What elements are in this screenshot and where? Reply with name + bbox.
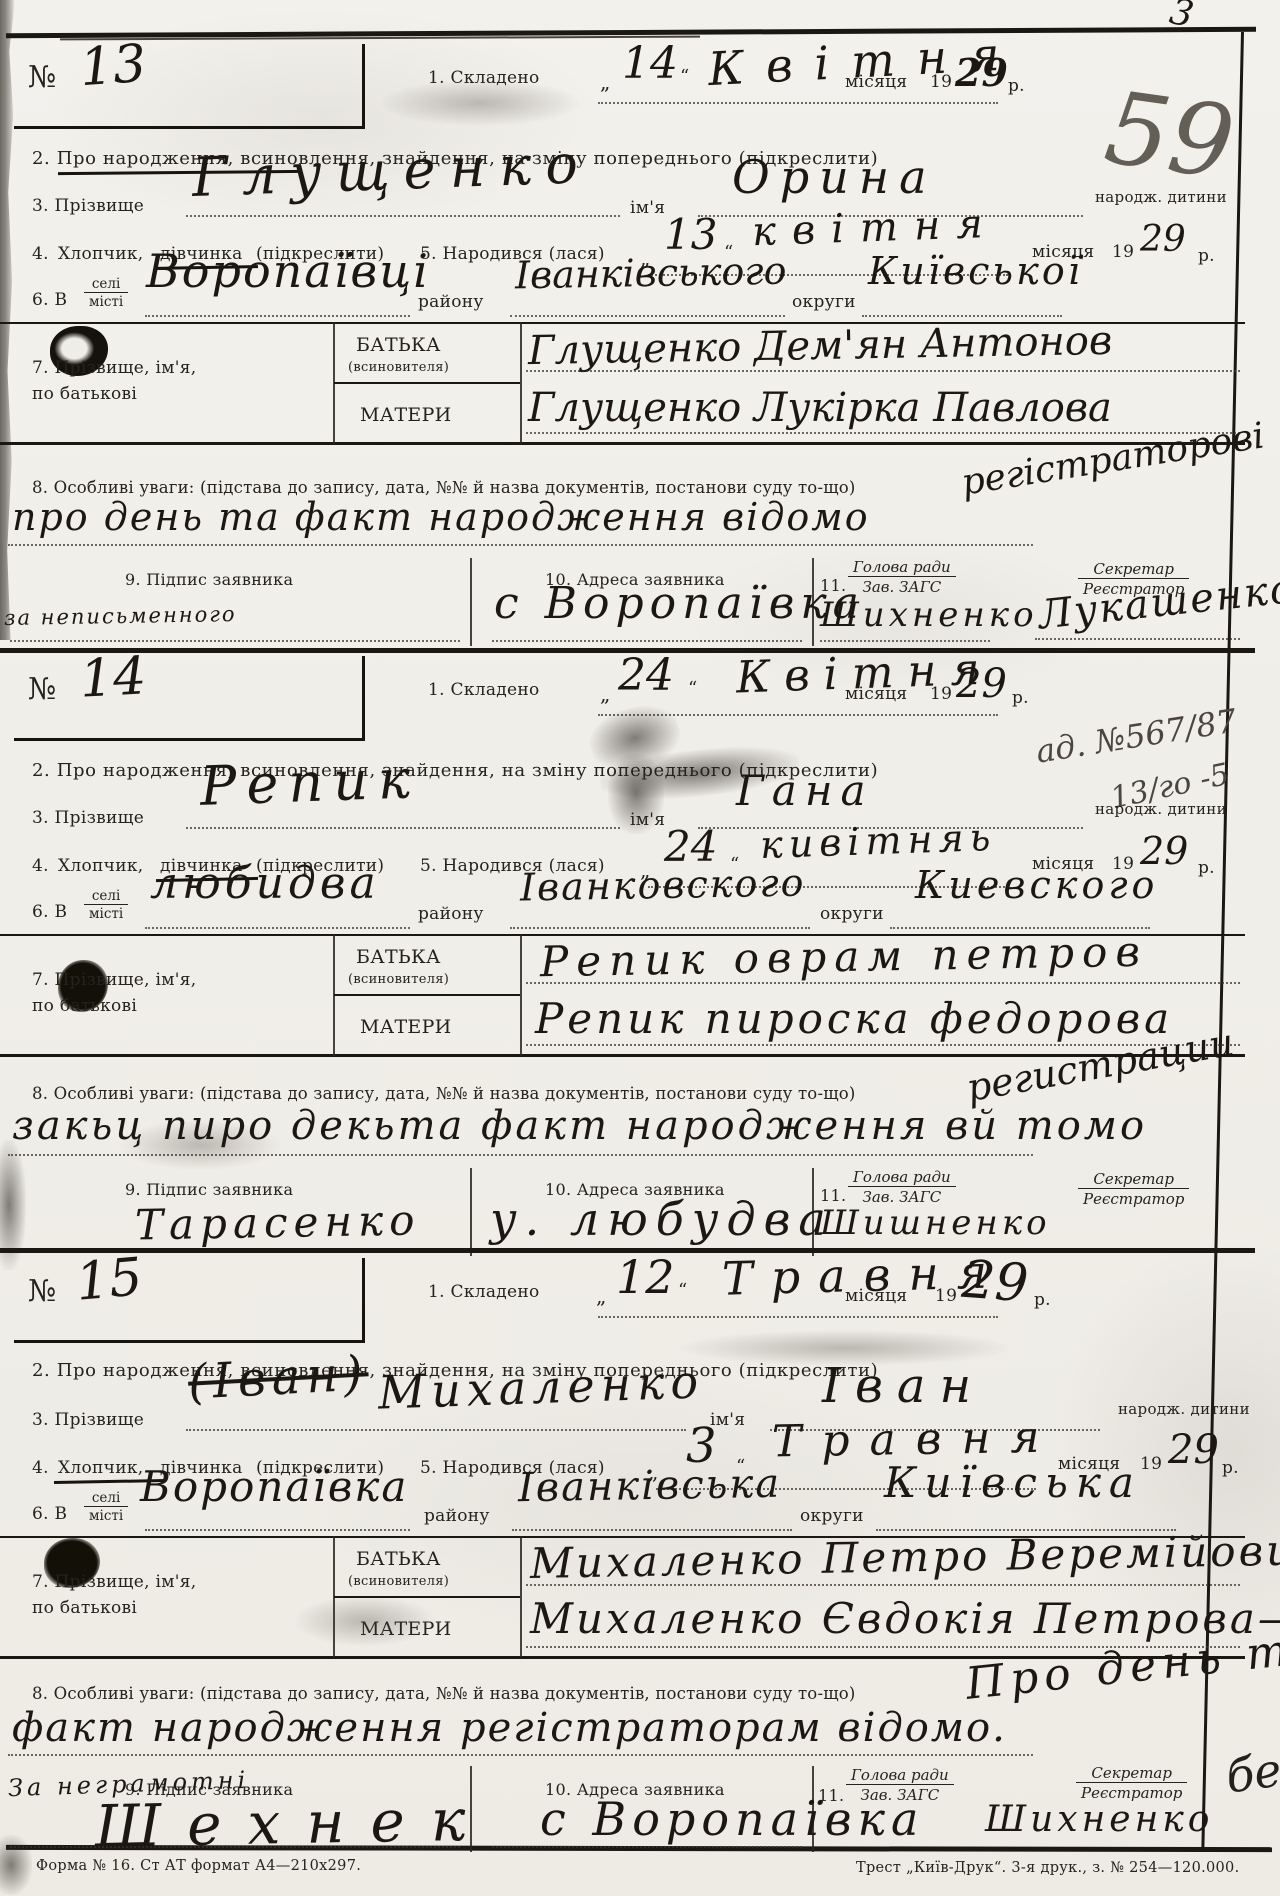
record-number-box: № 15	[14, 1258, 365, 1343]
open-quote: „	[600, 682, 611, 706]
scanned-registry-page: 3 № 13 1. Складено „ 14 “ Квітня місяця …	[0, 0, 1280, 1896]
handwritten-surname: Репик	[199, 752, 421, 814]
handwritten-head-signature: Шихненко	[985, 1802, 1213, 1838]
label-century: 19	[1112, 242, 1134, 262]
handwritten-composed-day: 14	[622, 42, 678, 86]
village-town-fraction: селі місті	[84, 888, 128, 922]
handwritten-applicant-signature: за неписьменного	[4, 604, 237, 629]
dotted-line	[145, 1529, 410, 1531]
label-year-r: р.	[1222, 1458, 1239, 1478]
dotted-line	[8, 1754, 1033, 1756]
record-15: № 15 1. Складено „ 12 “ Травня місяця 19…	[0, 1252, 1280, 1852]
secretary-fraction: Секретар Реєстратор	[1076, 1764, 1187, 1802]
label-year-r: р.	[1198, 858, 1215, 878]
handwritten-given-name: Орина	[732, 154, 937, 200]
label-l7-line1: 7. Прізвище, ім'я,	[32, 358, 196, 378]
label-father: БАТЬКА	[356, 1548, 441, 1570]
label-s9: 9. Підпис заявника	[125, 570, 293, 589]
handwritten-head-signature: Шихненко	[820, 598, 1038, 632]
dotted-line	[492, 1846, 802, 1848]
pencil-note-1: ад. №567/87	[1034, 704, 1239, 767]
dotted-line	[598, 1316, 998, 1318]
handwritten-applicant-address: с Воропаївка	[494, 582, 865, 626]
dotted-line	[10, 1846, 460, 1848]
dotted-line	[510, 315, 785, 317]
handwritten-applicant-address: у. любудва	[490, 1196, 834, 1242]
label-okruga: округи	[792, 292, 856, 312]
label-century: 19	[935, 1286, 957, 1306]
label-surname: 3. Прізвище	[32, 808, 144, 828]
dotted-line	[186, 1429, 686, 1431]
close-quote: “	[680, 66, 690, 87]
label-s11-top: Голова ради	[848, 558, 956, 576]
label-month: місяця	[845, 684, 907, 704]
label-district: району	[424, 1506, 490, 1526]
sig-col-divider	[470, 558, 472, 646]
handwritten-place: любидва	[150, 862, 380, 906]
handwritten-district: Іванковского	[520, 864, 806, 907]
label-surname: 3. Прізвище	[32, 1410, 144, 1430]
handwritten-born-month: квітня	[751, 204, 999, 253]
label-s12-top: Секретар	[1078, 560, 1189, 578]
label-district: району	[418, 904, 484, 924]
label-father: БАТЬКА	[356, 946, 441, 968]
handwritten-district: Іванківська	[518, 1464, 782, 1509]
label-child-note: народж. дитини	[1118, 1400, 1250, 1418]
pencil-secretary-mark: бе	[1223, 1746, 1280, 1799]
handwritten-father-name: Михаленко Петро Веремійович	[530, 1529, 1280, 1585]
label-year-r: р.	[1034, 1290, 1051, 1310]
label-l6: 6. В	[32, 290, 67, 310]
father-mother-divider	[334, 994, 520, 996]
dotted-line	[145, 315, 410, 317]
label-composed: 1. Складено	[428, 680, 540, 700]
label-surname: 3. Прізвище	[32, 196, 144, 216]
label-s11-top: Голова ради	[848, 1168, 956, 1186]
label-l6: 6. В	[32, 902, 67, 922]
record-14: № 14 1. Складено „ 24 “ Квітня місяця 19…	[0, 650, 1280, 1250]
handwritten-place: Воропаївці	[146, 248, 430, 294]
block7-vline	[520, 322, 522, 444]
open-quote: „	[600, 70, 611, 94]
handwritten-father-name: Репик оврам петров	[540, 931, 1148, 984]
label-s12-top: Секретар	[1076, 1764, 1187, 1782]
label-year-r: р.	[1198, 246, 1215, 266]
handwritten-remark2: закьц пиро декьта факт народження вй том…	[12, 1106, 1147, 1146]
label-l4-no: 4.	[32, 244, 49, 264]
handwritten-record-number: 13	[78, 38, 148, 94]
dotted-line	[512, 1529, 792, 1531]
handwritten-mother-name: Репик пироска федорова	[535, 998, 1173, 1040]
handwritten-head-signature: Шишненко	[820, 1206, 1051, 1240]
handwritten-okruga: Киевского	[915, 866, 1158, 904]
footer-printer-imprint: Трест „Київ-Друк“. 3-я друк., з. № 254—1…	[856, 1860, 1240, 1876]
handwritten-surname: Михаленко	[377, 1358, 704, 1415]
label-month: місяця	[845, 1286, 907, 1306]
label-month: місяця	[845, 72, 907, 92]
label-town: місті	[84, 292, 128, 310]
record-number-box: № 13	[14, 44, 365, 129]
label-l4-no: 4.	[32, 1458, 49, 1478]
dotted-line	[526, 370, 1240, 372]
label-town: місті	[84, 1506, 128, 1524]
handwritten-given-name: Іван	[822, 1362, 985, 1410]
close-quote: “	[688, 678, 698, 699]
handwritten-remark2: про день та факт народження відомо	[12, 498, 870, 536]
dotted-line	[862, 315, 1062, 317]
village-town-fraction: селі місті	[84, 276, 128, 310]
handwritten-born-year: 29	[1140, 222, 1186, 258]
pencil-smudge	[295, 1596, 435, 1646]
label-l4-no: 4.	[32, 856, 49, 876]
handwritten-surname: Глущенко	[191, 137, 592, 205]
block7-vline	[520, 1536, 522, 1658]
label-l7-line2: по батькові	[32, 384, 137, 404]
open-quote: „	[596, 1284, 607, 1308]
label-year-r: р.	[1012, 688, 1029, 708]
label-s12-bottom: Реєстратор	[1078, 1188, 1189, 1208]
handwritten-mother-name: Михаленко Євдокія Петрова—	[530, 1598, 1280, 1640]
label-year-r: р.	[1008, 76, 1025, 96]
label-given-name: ім'я	[630, 198, 665, 218]
label-l7-line2: по батькові	[32, 996, 137, 1016]
block7-vline	[520, 934, 522, 1056]
handwritten-surname-crossed-out: (Іван)	[187, 1349, 370, 1406]
handwritten-father-name: Глущенко Дем'ян Антонов	[528, 321, 1113, 371]
label-boy: Хлопчик,	[58, 1458, 143, 1478]
label-village: селі	[84, 276, 128, 292]
handwritten-composed-year: 29	[956, 664, 1007, 704]
dotted-line	[1035, 638, 1240, 640]
label-father-sub: (всиновителя)	[348, 360, 449, 375]
label-father: БАТЬКА	[356, 334, 441, 356]
dotted-line	[526, 432, 1240, 434]
pencil-total-number: 59	[1100, 78, 1240, 195]
label-child-note: народж. дитини	[1095, 188, 1227, 206]
handwritten-given-name: Гана	[736, 770, 874, 812]
block7-bottom-border	[0, 442, 1245, 445]
handwritten-place: Воропаївка	[140, 1466, 408, 1508]
label-s9: 9. Підпис заявника	[125, 1180, 293, 1199]
ink-smudge-over-label	[608, 754, 664, 834]
label-composed: 1. Складено	[428, 68, 540, 88]
handwritten-okruga: Київської	[868, 252, 1083, 290]
record-number-box: № 14	[14, 656, 365, 741]
label-boy: Хлопчик,	[58, 856, 143, 876]
label-century: 19	[930, 72, 952, 92]
label-okruga: округи	[820, 904, 884, 924]
dotted-line	[492, 640, 802, 642]
head-of-council-fraction: Голова ради Зав. ЗАГС	[848, 1168, 956, 1206]
label-village: селі	[84, 1490, 128, 1506]
label-boy: Хлопчик,	[58, 244, 143, 264]
label-l7-line1: 7. Прізвище, ім'я,	[32, 1572, 196, 1592]
label-composed: 1. Складено	[428, 1282, 540, 1302]
handwritten-born-year: 29	[1168, 1430, 1219, 1470]
handwritten-remark2: факт народження регістраторам відомо.	[12, 1708, 1007, 1748]
handwritten-applicant-signature: Тарасенко	[135, 1200, 421, 1247]
dotted-line	[186, 215, 620, 217]
label-mother: МАТЕРИ	[360, 1016, 452, 1038]
label-century: 19	[930, 684, 952, 704]
close-quote: “	[678, 1280, 688, 1301]
label-s12-top: Секретар	[1078, 1170, 1189, 1188]
dotted-line	[10, 640, 460, 642]
handwritten-record-number: 14	[79, 650, 148, 705]
dotted-line	[510, 927, 810, 929]
secretary-fraction: Секретар Реєстратор	[1078, 1170, 1189, 1208]
label-district: району	[418, 292, 484, 312]
dotted-line	[598, 102, 998, 104]
handwritten-composed-day: 24	[618, 654, 674, 698]
no-symbol: №	[28, 1274, 57, 1309]
dotted-line	[526, 982, 1240, 984]
handwritten-mother-name: Глущенко Лукірка Павлова	[528, 388, 1112, 428]
dotted-line	[145, 927, 410, 929]
handwritten-composed-year: 29	[955, 54, 1008, 92]
no-symbol: №	[28, 672, 57, 707]
dotted-line	[8, 1154, 1033, 1156]
village-town-fraction: селі місті	[84, 1490, 128, 1524]
label-l6: 6. В	[32, 1504, 67, 1524]
label-town: місті	[84, 904, 128, 922]
label-father-sub: (всиновителя)	[348, 1574, 449, 1589]
label-mother: МАТЕРИ	[360, 404, 452, 426]
label-century: 19	[1140, 1454, 1162, 1474]
dotted-line	[526, 1584, 1240, 1586]
handwritten-applicant-address: с Воропаївка	[540, 1796, 924, 1842]
label-child-note: народж. дитини	[1095, 800, 1227, 818]
dotted-line	[820, 640, 990, 642]
record-13: № 13 1. Складено „ 14 “ Квітня місяця 19…	[0, 38, 1280, 652]
label-father-sub: (всиновителя)	[348, 972, 449, 987]
no-symbol: №	[28, 60, 57, 95]
label-l8: 8. Особливі уваги: (підстава до запису, …	[32, 1684, 856, 1703]
label-village: селі	[84, 888, 128, 904]
footer-form-number: Форма № 16. Ст АТ формат А4—210х297.	[36, 1858, 361, 1874]
handwritten-record-number: 15	[74, 1251, 144, 1309]
label-l7-line1: 7. Прізвище, ім'я,	[32, 970, 196, 990]
father-mother-divider	[334, 382, 520, 384]
label-l7-line2: по батькові	[32, 1598, 137, 1618]
handwritten-okruga: Київська	[884, 1462, 1142, 1504]
handwritten-composed-day: 12	[616, 1254, 675, 1300]
handwritten-born-month: кивітняь	[759, 818, 997, 864]
sig-col-divider	[470, 1168, 472, 1256]
label-okruga: округи	[800, 1506, 864, 1526]
dotted-line	[8, 544, 1033, 546]
label-s11-top: Голова ради	[846, 1766, 954, 1784]
handwritten-composed-year: 29	[960, 1254, 1030, 1310]
dotted-line	[186, 827, 620, 829]
label-l8: 8. Особливі уваги: (підстава до запису, …	[32, 1084, 856, 1103]
handwritten-district: Іванківського	[515, 252, 787, 295]
